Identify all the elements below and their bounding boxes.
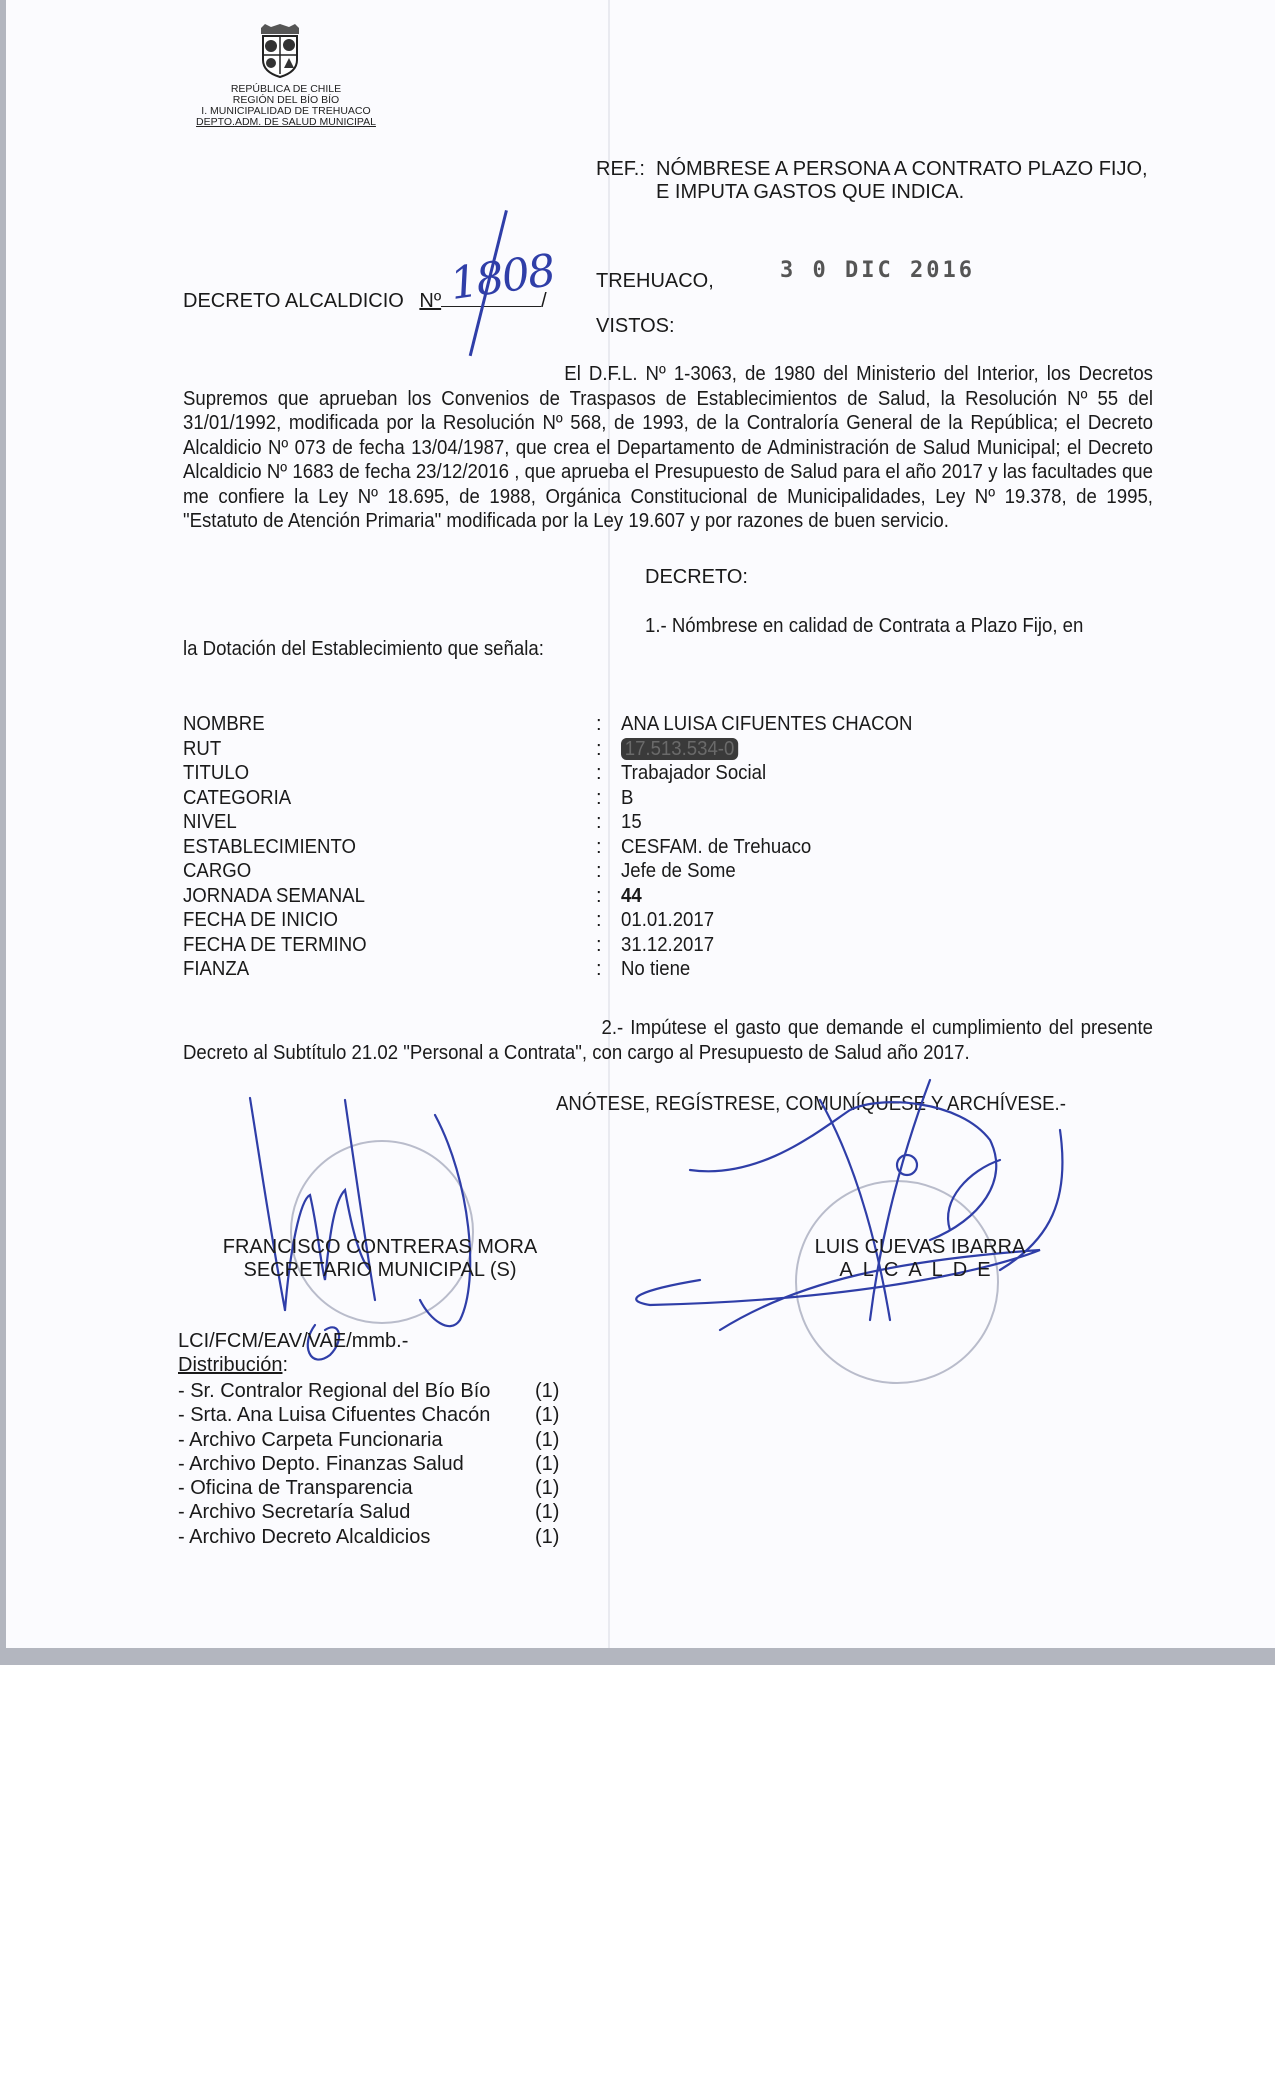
distribution-item: - Sr. Contralor Regional del Bío Bío(1) bbox=[178, 1379, 578, 1403]
field-value: 01.01.2017 bbox=[621, 908, 714, 933]
distribution-copies: (1) bbox=[535, 1379, 559, 1403]
article-1-first-line: 1.- Nómbrese en calidad de Contrata a Pl… bbox=[645, 615, 1083, 638]
field-value: 31.12.2017 bbox=[621, 933, 714, 958]
field-row: NOMBRE:ANA LUISA CIFUENTES CHACON bbox=[183, 712, 983, 737]
field-label: ESTABLECIMIENTO bbox=[183, 835, 356, 860]
field-row: RUT:17.513.534-0 bbox=[183, 737, 983, 762]
mayor-name: LUIS CUEVAS IBARRA bbox=[770, 1236, 1070, 1259]
field-label: RUT bbox=[183, 737, 221, 762]
distribution-recipient: - Archivo Depto. Finanzas Salud bbox=[178, 1452, 464, 1476]
distribution-item: - Archivo Depto. Finanzas Salud(1) bbox=[178, 1452, 578, 1476]
distribution-recipient: - Oficina de Transparencia bbox=[178, 1476, 413, 1500]
decreto-heading: DECRETO: bbox=[645, 566, 748, 589]
place: TREHUACO, bbox=[596, 270, 714, 293]
field-label: JORNADA SEMANAL bbox=[183, 884, 365, 909]
redaction-mark: 17.513.534-0 bbox=[621, 738, 738, 760]
field-row: CARGO:Jefe de Some bbox=[183, 859, 983, 884]
distribution-heading-colon: : bbox=[282, 1354, 288, 1376]
field-row: FECHA DE TERMINO:31.12.2017 bbox=[183, 933, 983, 958]
field-separator: : bbox=[596, 957, 602, 982]
field-row: ESTABLECIMIENTO:CESFAM. de Trehuaco bbox=[183, 835, 983, 860]
field-value: B bbox=[621, 786, 633, 811]
field-separator: : bbox=[596, 884, 602, 909]
field-value: Jefe de Some bbox=[621, 859, 736, 884]
field-separator: : bbox=[596, 712, 602, 737]
distribution-item: - Archivo Carpeta Funcionaria(1) bbox=[178, 1428, 578, 1452]
field-value: ANA LUISA CIFUENTES CHACON bbox=[621, 712, 912, 737]
article-1-rest: la Dotación del Establecimiento que seña… bbox=[183, 638, 544, 661]
field-separator: : bbox=[596, 933, 602, 958]
field-separator: : bbox=[596, 761, 602, 786]
field-separator: : bbox=[596, 859, 602, 884]
typist-initials: LCI/FCM/EAV/VAE/mmb.- bbox=[178, 1330, 408, 1353]
distribution-recipient: - Srta. Ana Luisa Cifuentes Chacón bbox=[178, 1403, 490, 1427]
municipal-coat-of-arms-icon bbox=[255, 24, 305, 78]
field-value: 44 bbox=[621, 884, 642, 909]
field-row: FECHA DE INICIO:01.01.2017 bbox=[183, 908, 983, 933]
distribution-item: - Oficina de Transparencia(1) bbox=[178, 1476, 578, 1500]
distribution-recipient: - Archivo Carpeta Funcionaria bbox=[178, 1428, 443, 1452]
distribution-copies: (1) bbox=[535, 1403, 559, 1427]
distribution-heading-text: Distribución bbox=[178, 1354, 282, 1376]
field-row: TITULO:Trabajador Social bbox=[183, 761, 983, 786]
decree-number-prefix: Nº bbox=[419, 290, 441, 313]
field-label: FECHA DE TERMINO bbox=[183, 933, 367, 958]
distribution-item: - Archivo Secretaría Salud(1) bbox=[178, 1500, 578, 1524]
distribution-copies: (1) bbox=[535, 1452, 559, 1476]
signature-block-secretary: FRANCISCO CONTRERAS MORA SECRETARIO MUNI… bbox=[205, 1236, 555, 1282]
field-value: Trabajador Social bbox=[621, 761, 766, 786]
distribution-recipient: - Archivo Decreto Alcaldicios bbox=[178, 1525, 430, 1549]
mayor-title: ALCALDE bbox=[770, 1259, 1070, 1282]
distribution-copies: (1) bbox=[535, 1500, 559, 1524]
distribution-item: - Srta. Ana Luisa Cifuentes Chacón(1) bbox=[178, 1403, 578, 1427]
distribution-copies: (1) bbox=[535, 1476, 559, 1500]
distribution-item: - Archivo Decreto Alcaldicios(1) bbox=[178, 1525, 578, 1549]
secretary-title: SECRETARIO MUNICIPAL (S) bbox=[205, 1259, 555, 1282]
municipal-seal-left bbox=[290, 1140, 474, 1324]
date-stamp: 3 0 DIC 2016 bbox=[780, 258, 975, 283]
reference-label: REF.: bbox=[596, 158, 645, 181]
municipal-seal-right bbox=[795, 1180, 999, 1384]
appointment-fields: NOMBRE:ANA LUISA CIFUENTES CHACONRUT:17.… bbox=[183, 712, 983, 982]
field-value: 15 bbox=[621, 810, 642, 835]
closing-formula: ANÓTESE, REGÍSTRESE, COMUNÍQUESE Y ARCHÍ… bbox=[556, 1093, 1066, 1116]
field-separator: : bbox=[596, 786, 602, 811]
vistos-body: El D.F.L. Nº 1-3063, de 1980 del Ministe… bbox=[183, 362, 1153, 534]
field-row: CATEGORIA:B bbox=[183, 786, 983, 811]
field-label: CATEGORIA bbox=[183, 786, 291, 811]
distribution-list: - Sr. Contralor Regional del Bío Bío(1)-… bbox=[178, 1379, 578, 1549]
field-row: JORNADA SEMANAL:44 bbox=[183, 884, 983, 909]
decree-label: DECRETO ALCALDICIO bbox=[183, 290, 404, 312]
article-2: 2.- Impútese el gasto que demande el cum… bbox=[183, 1016, 1153, 1065]
distribution-copies: (1) bbox=[535, 1428, 559, 1452]
field-separator: : bbox=[596, 810, 602, 835]
secretary-name: FRANCISCO CONTRERAS MORA bbox=[205, 1236, 555, 1259]
field-value: CESFAM. de Trehuaco bbox=[621, 835, 811, 860]
vistos-heading: VISTOS: bbox=[596, 315, 675, 338]
field-label: FIANZA bbox=[183, 957, 249, 982]
letterhead: REPÚBLICA DE CHILE REGIÓN DEL BÍO BÍO I.… bbox=[176, 84, 396, 128]
field-separator: : bbox=[596, 908, 602, 933]
field-label: FECHA DE INICIO bbox=[183, 908, 338, 933]
field-row: NIVEL:15 bbox=[183, 810, 983, 835]
field-value: No tiene bbox=[621, 957, 690, 982]
field-label: NIVEL bbox=[183, 810, 237, 835]
field-label: CARGO bbox=[183, 859, 251, 884]
distribution-copies: (1) bbox=[535, 1525, 559, 1549]
field-separator: : bbox=[596, 835, 602, 860]
field-label: NOMBRE bbox=[183, 712, 265, 737]
field-value-redacted: 17.513.534-0 bbox=[621, 737, 738, 762]
field-row: FIANZA:No tiene bbox=[183, 957, 983, 982]
reference-text: NÓMBRESE A PERSONA A CONTRATO PLAZO FIJO… bbox=[656, 158, 1156, 204]
field-label: TITULO bbox=[183, 761, 249, 786]
distribution-recipient: - Archivo Secretaría Salud bbox=[178, 1500, 410, 1524]
letterhead-department: DEPTO.ADM. DE SALUD MUNICIPAL bbox=[176, 117, 396, 128]
distribution-heading: Distribución: bbox=[178, 1354, 288, 1377]
signature-block-mayor: LUIS CUEVAS IBARRA ALCALDE bbox=[770, 1236, 1070, 1282]
distribution-recipient: - Sr. Contralor Regional del Bío Bío bbox=[178, 1379, 490, 1403]
field-separator: : bbox=[596, 737, 602, 762]
